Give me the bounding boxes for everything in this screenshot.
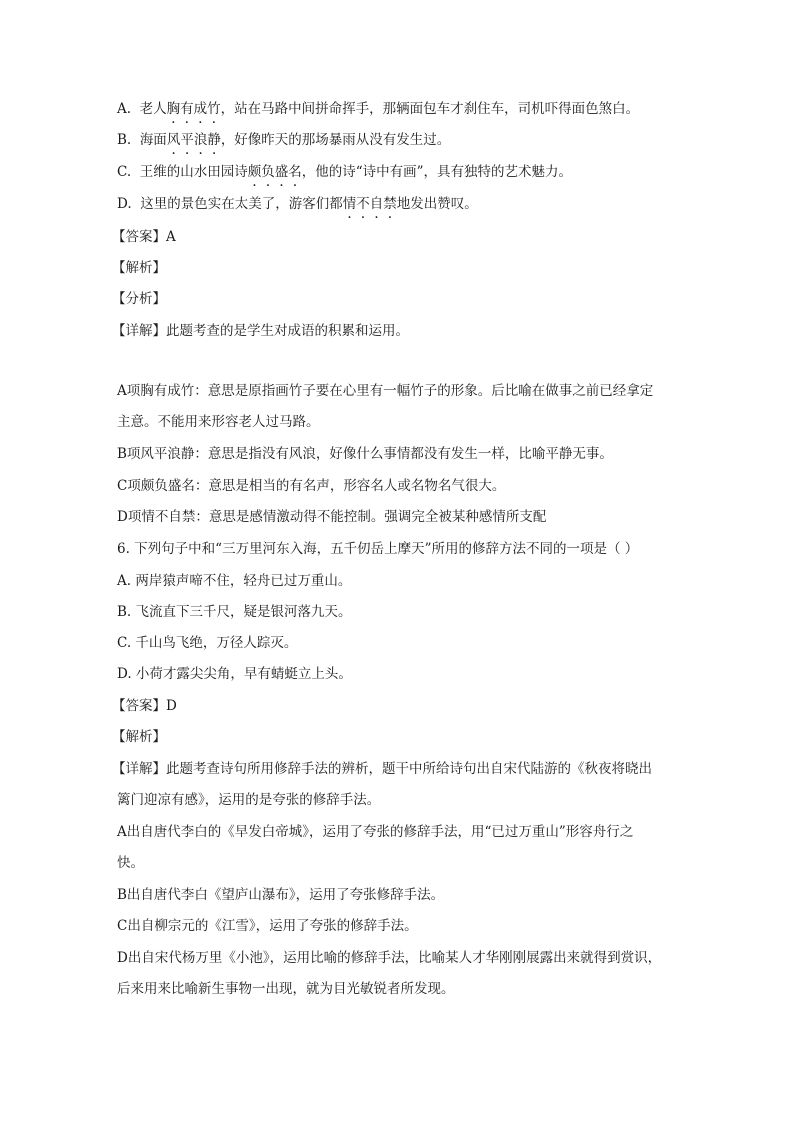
emphasized-char: 平 (180, 130, 194, 150)
q5-explanation-a-line2: 主意。不能用来形容老人过马路。 (117, 412, 320, 432)
option-letter: A. (117, 101, 131, 117)
q6-detail-line1: 【详解】此题考查诗句所用修辞手法的辨析，题干中所给诗句出自宋代陆游的《秋夜将晓出 (112, 759, 652, 779)
emphasized-char: 静 (207, 130, 221, 150)
q5-option-a: A. 老人胸有成竹，站在马路中间拼命挥手，那辆面包车才刹住车，司机吓得面色煞白。 (117, 99, 639, 119)
emphasized-char: 禁 (383, 194, 397, 214)
q6-stem: 6. 下列句子中和“三万里河东入海，五千仞岳上摩天”所用的修辞方法不同的一项是（… (117, 539, 638, 559)
emphasized-char: 盛 (275, 162, 289, 182)
q6-option-c: C. 千山鸟飞绝，万径人踪灭。 (117, 633, 297, 653)
emphasized-char: 自 (370, 194, 384, 214)
q6-explanation-d-line1: D出自宋代杨万里《小池》，运用比喻的修辞手法，比喻某人才华刚刚展露出来就得到赏识… (117, 948, 661, 968)
emphasized-char: 竹 (207, 99, 221, 119)
option-text-post: ，站在马路中间拼命挥手，那辆面包车才刹住车，司机吓得面色煞白。 (221, 101, 640, 117)
q6-detail-line2: 篱门迎凉有感》，运用的是夸张的修辞手法。 (117, 790, 380, 810)
q5-analysis-heading: 【解析】 (112, 258, 166, 278)
q6-explanation-c: C出自柳宗元的《江雪》，运用了夸张的修辞手法。 (117, 916, 418, 936)
option-text-pre: 老人 (140, 101, 167, 117)
q5-detail: 【详解】此题考查的是学生对成语的积累和运用。 (112, 321, 409, 341)
emphasized-char: 风 (167, 130, 181, 150)
q5-fenxi-heading: 【分析】 (112, 289, 166, 309)
q5-explanation-b: B项风平浪静：意思是指没有风浪，好像什么事情都没有发生一样，比喻平静无事。 (117, 444, 613, 464)
q6-analysis-heading: 【解析】 (112, 727, 166, 747)
emphasized-char: 负 (261, 162, 275, 182)
q5-answer: 【答案】A (112, 227, 176, 247)
option-letter: D. (117, 196, 132, 212)
emphasized-char: 不 (356, 194, 370, 214)
option-text-post: 地发出赞叹。 (397, 196, 478, 212)
q6-explanation-b: B出自唐代李白《望庐山瀑布》，运用了夸张修辞手法。 (117, 885, 444, 905)
emphasized-char: 情 (343, 194, 357, 214)
q6-option-d: D. 小荷才露尖尖角，早有蜻蜓立上头。 (117, 664, 352, 684)
q5-explanation-c: C项颇负盛名：意思是相当的有名声，形容名人或名物名气很大。 (117, 476, 505, 496)
emphasized-char: 成 (194, 99, 208, 119)
option-text-pre: 这里的景色实在太美了，游客们都 (140, 196, 343, 212)
q6-option-b: B. 飞流直下三千尺，疑是银河落九天。 (117, 602, 352, 622)
q6-explanation-a-line2: 快。 (117, 853, 144, 873)
option-text-pre: 王维的山水田园诗 (140, 164, 248, 180)
q6-answer: 【答案】D (112, 696, 177, 716)
emphasized-char: 颇 (248, 162, 262, 182)
option-letter: B. (117, 132, 131, 148)
q6-explanation-a-line1: A出自唐代李白的《早发白帝城》，运用了夸张的修辞手法，用“已过万重山”形容舟行之 (117, 822, 633, 842)
emphasized-char: 有 (180, 99, 194, 119)
q5-explanation-d: D项情不自禁：意思是感情激动得不能控制。强调完全被某种感情所支配 (117, 507, 546, 527)
q6-option-a: A. 两岸猿声啼不住，轻舟已过万重山。 (117, 571, 351, 591)
emphasized-char: 浪 (194, 130, 208, 150)
option-text-post: ，他的诗“诗中有画”，具有独特的艺术魅力。 (302, 164, 572, 180)
q5-option-d: D. 这里的景色实在太美了，游客们都情不自禁地发出赞叹。 (117, 194, 478, 214)
q6-explanation-d-line2: 后来用来比喻新生事物一出现，就为目光敏锐者所发现。 (117, 979, 455, 999)
q5-option-c: C. 王维的山水田园诗颇负盛名，他的诗“诗中有画”，具有独特的艺术魅力。 (117, 162, 572, 182)
option-letter: C. (117, 164, 131, 180)
q5-option-b: B. 海面风平浪静，好像昨天的那场暴雨从没有发生过。 (117, 130, 450, 150)
option-text-pre: 海面 (140, 132, 167, 148)
emphasized-char: 胸 (167, 99, 181, 119)
option-text-post: ，好像昨天的那场暴雨从没有发生过。 (221, 132, 451, 148)
q5-explanation-a-line1: A项胸有成竹：意思是原指画竹子要在心里有一幅竹子的形象。后比喻在做事之前已经拿定 (117, 381, 653, 401)
emphasized-char: 名 (288, 162, 302, 182)
